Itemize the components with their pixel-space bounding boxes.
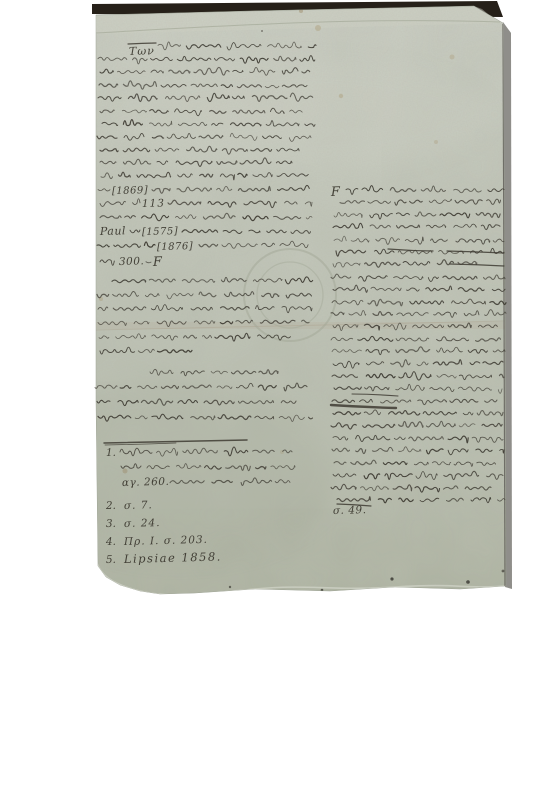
legible-fragment: σ. 49.	[333, 504, 367, 517]
legible-fragment: 300.	[119, 255, 145, 268]
legible-fragment: F	[330, 185, 341, 200]
legible-fragment: [1876]	[157, 241, 194, 253]
legible-fragment: σ. 24.	[124, 517, 161, 530]
legible-fragment: Lipsiae 1858.	[123, 549, 222, 566]
manuscript-scan: Των[1869]113Paul[1575][1876]300.FFσ. 49.…	[0, 0, 549, 800]
legible-fragment: [1869]	[112, 185, 149, 197]
legible-fragment: Πρ. Ι. σ. 203.	[123, 534, 208, 548]
legible-fragment: αγ. 260.	[122, 476, 170, 489]
legible-fragment: 4.	[105, 536, 116, 548]
legible-fragment: [1575]	[142, 226, 179, 238]
legible-fragment: F	[152, 255, 163, 270]
legible-fragment: 2.	[105, 500, 116, 512]
legible-fragment: 5.	[106, 554, 116, 566]
legible-fragment: Των	[129, 44, 155, 58]
scan-viewport: Των[1869]113Paul[1575][1876]300.FFσ. 49.…	[0, 0, 549, 800]
legible-fragment: 113	[142, 197, 165, 210]
legible-fragment: σ. 7.	[124, 499, 153, 512]
legible-fragment: 1.	[106, 447, 116, 459]
legible-fragment: Paul	[99, 224, 126, 238]
legible-fragment: 3.	[106, 518, 116, 530]
paper-grain	[96, 6, 506, 594]
